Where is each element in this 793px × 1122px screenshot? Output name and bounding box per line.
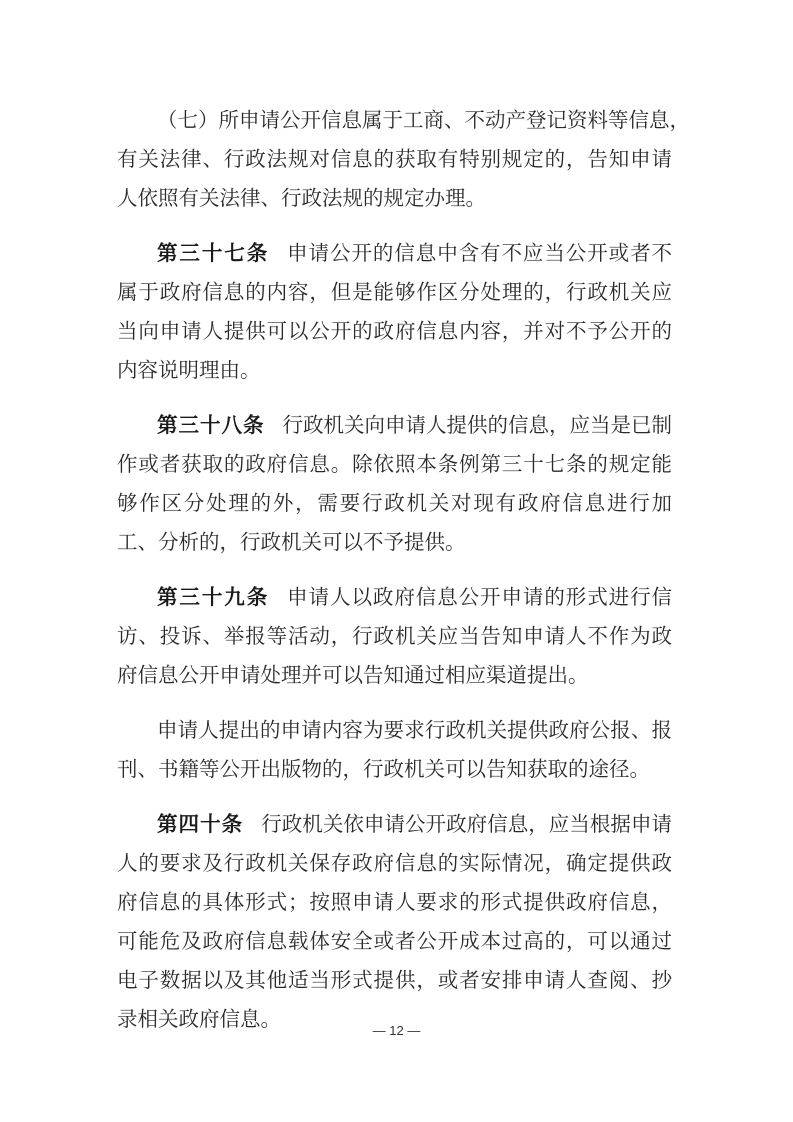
article-40-line-1: 第四十条行政机关依申请公开政府信息，应当根据申请 <box>157 805 672 843</box>
item-7-line-1: （七）所申请公开信息属于工商、不动产登记资料等信息， <box>157 101 672 139</box>
article-40-line-4: 可能危及政府信息载体安全或者公开成本过高的，可以通过 <box>117 922 672 960</box>
article-39-line-3: 府信息公开申请处理并可以告知通过相应渠道提出。 <box>117 656 672 694</box>
article-38-line-3: 够作区分处理的外，需要行政机关对现有政府信息进行加 <box>117 484 672 522</box>
article-39-line-2: 访、投诉、举报等活动，行政机关应当告知申请人不作为政 <box>117 617 672 655</box>
article-38-line-2: 作或者获取的政府信息。除依照本条例第三十七条的规定能 <box>117 445 672 483</box>
article-38-line-1: 第三十八条行政机关向申请人提供的信息，应当是已制 <box>157 406 672 444</box>
article-38-line-4: 工、分析的，行政机关可以不予提供。 <box>117 523 672 561</box>
article-40-text-1: 行政机关依申请公开政府信息，应当根据申请 <box>261 812 672 836</box>
item-7-line-2: 有关法律、行政法规对信息的获取有特别规定的，告知申请 <box>117 140 672 178</box>
article-37-line-2: 属于政府信息的内容，但是能够作区分处理的，行政机关应 <box>117 273 672 311</box>
article-37-heading: 第三十七条 <box>157 241 269 265</box>
article-38-text-1: 行政机关向申请人提供的信息，应当是已制 <box>283 413 673 437</box>
article-39-para-2-line-1: 申请人提出的申请内容为要求行政机关提供政府公报、报 <box>157 711 672 749</box>
article-37-line-1: 第三十七条申请公开的信息中含有不应当公开或者不 <box>157 234 672 272</box>
article-40-heading: 第四十条 <box>157 812 243 836</box>
article-40-line-2: 人的要求及行政机关保存政府信息的实际情况，确定提供政 <box>117 844 672 882</box>
item-7-line-3: 人依照有关法律、行政法规的规定办理。 <box>117 179 672 217</box>
article-39-para-2-line-2: 刊、书籍等公开出版物的，行政机关可以告知获取的途径。 <box>117 750 672 788</box>
page-number: — 12 — <box>0 1023 793 1038</box>
article-37-line-4: 内容说明理由。 <box>117 351 672 389</box>
article-39-line-1: 第三十九条申请人以政府信息公开申请的形式进行信 <box>157 578 672 616</box>
article-39-heading: 第三十九条 <box>157 585 269 609</box>
article-40-line-3: 府信息的具体形式；按照申请人要求的形式提供政府信息， <box>117 883 672 921</box>
article-38-heading: 第三十八条 <box>157 413 265 437</box>
article-40-line-5: 电子数据以及其他适当形式提供，或者安排申请人查阅、抄 <box>117 961 672 999</box>
article-39-text-1: 申请人以政府信息公开申请的形式进行信 <box>287 585 672 609</box>
document-page: （七）所申请公开信息属于工商、不动产登记资料等信息， 有关法律、行政法规对信息的… <box>0 0 793 1122</box>
article-37-text-1: 申请公开的信息中含有不应当公开或者不 <box>287 241 672 265</box>
article-37-line-3: 当向申请人提供可以公开的政府信息内容，并对不予公开的 <box>117 312 672 350</box>
